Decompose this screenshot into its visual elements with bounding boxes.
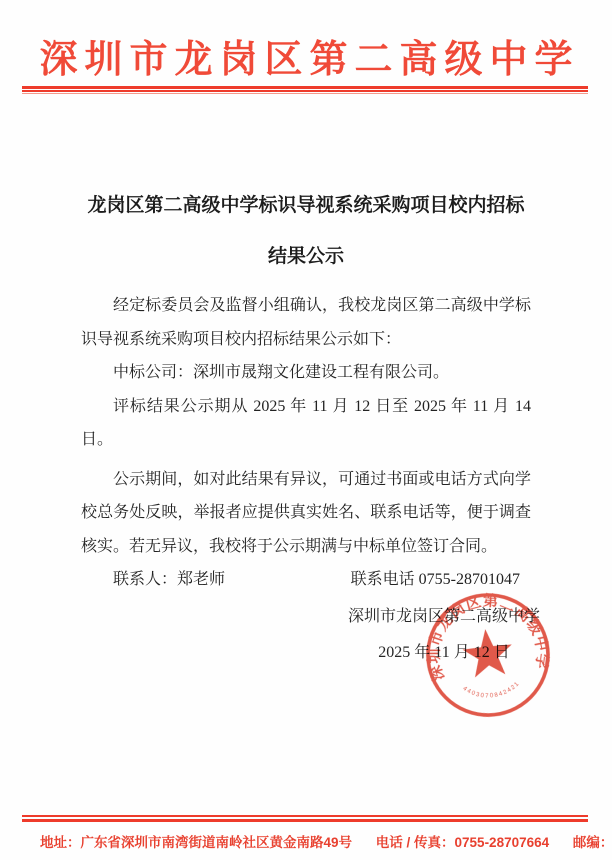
seal-code: 4403070842421 <box>461 680 523 702</box>
document-title: 龙岗区第二高级中学标识导视系统采购项目校内招标 结果公示 <box>0 190 612 268</box>
footer-contact-line: 地址：广东省深圳市南湾街道南岭社区黄金南路49号 电话 / 传真：0755-28… <box>40 831 592 851</box>
seal-star-icon <box>461 627 515 679</box>
footer-phone-fax: 电话 / 传真：0755-28707664 <box>376 835 549 850</box>
title-line-1: 龙岗区第二高级中学标识导视系统采购项目校内招标 <box>0 190 612 217</box>
letterhead-divider <box>22 86 588 94</box>
paragraph-intro: 经定标委员会及监督小组确认，我校龙岗区第二高级中学标识导视系统采购项目校内招标结… <box>81 289 531 356</box>
paragraph-period: 评标结果公示期从 2025 年 11 月 12 日至 2025 年 11 月 1… <box>81 390 531 457</box>
footer-postal-code: 邮编：518123 <box>573 835 612 850</box>
official-seal: 深圳市龙岗区第二高级中学 4403070842421 <box>406 573 571 738</box>
seal-code-holder: 4403070842421 <box>461 680 523 702</box>
divider-line-light <box>22 93 588 94</box>
paragraph-objection: 公示期间，如对此结果有异议，可通过书面或电话方式向学校总务处反映，举报者应提供真… <box>81 463 531 564</box>
divider-line-medium <box>22 90 588 92</box>
footer-divider <box>22 815 588 822</box>
footer-line-thick <box>22 819 588 822</box>
title-line-2: 结果公示 <box>0 241 612 268</box>
contact-person: 联系人：郑老师 <box>113 563 225 597</box>
document-body: 经定标委员会及监督小组确认，我校龙岗区第二高级中学标识导视系统采购项目校内招标结… <box>81 289 531 597</box>
document-page: 深圳市龙岗区第二高级中学 龙岗区第二高级中学标识导视系统采购项目校内招标 结果公… <box>0 0 612 860</box>
letterhead-school-name: 深圳市龙岗区第二高级中学 <box>0 28 612 83</box>
footer-address: 地址：广东省深圳市南湾街道南岭社区黄金南路49号 <box>40 835 352 850</box>
paragraph-winner: 中标公司：深圳市晟翔文化建设工程有限公司。 <box>81 356 531 390</box>
